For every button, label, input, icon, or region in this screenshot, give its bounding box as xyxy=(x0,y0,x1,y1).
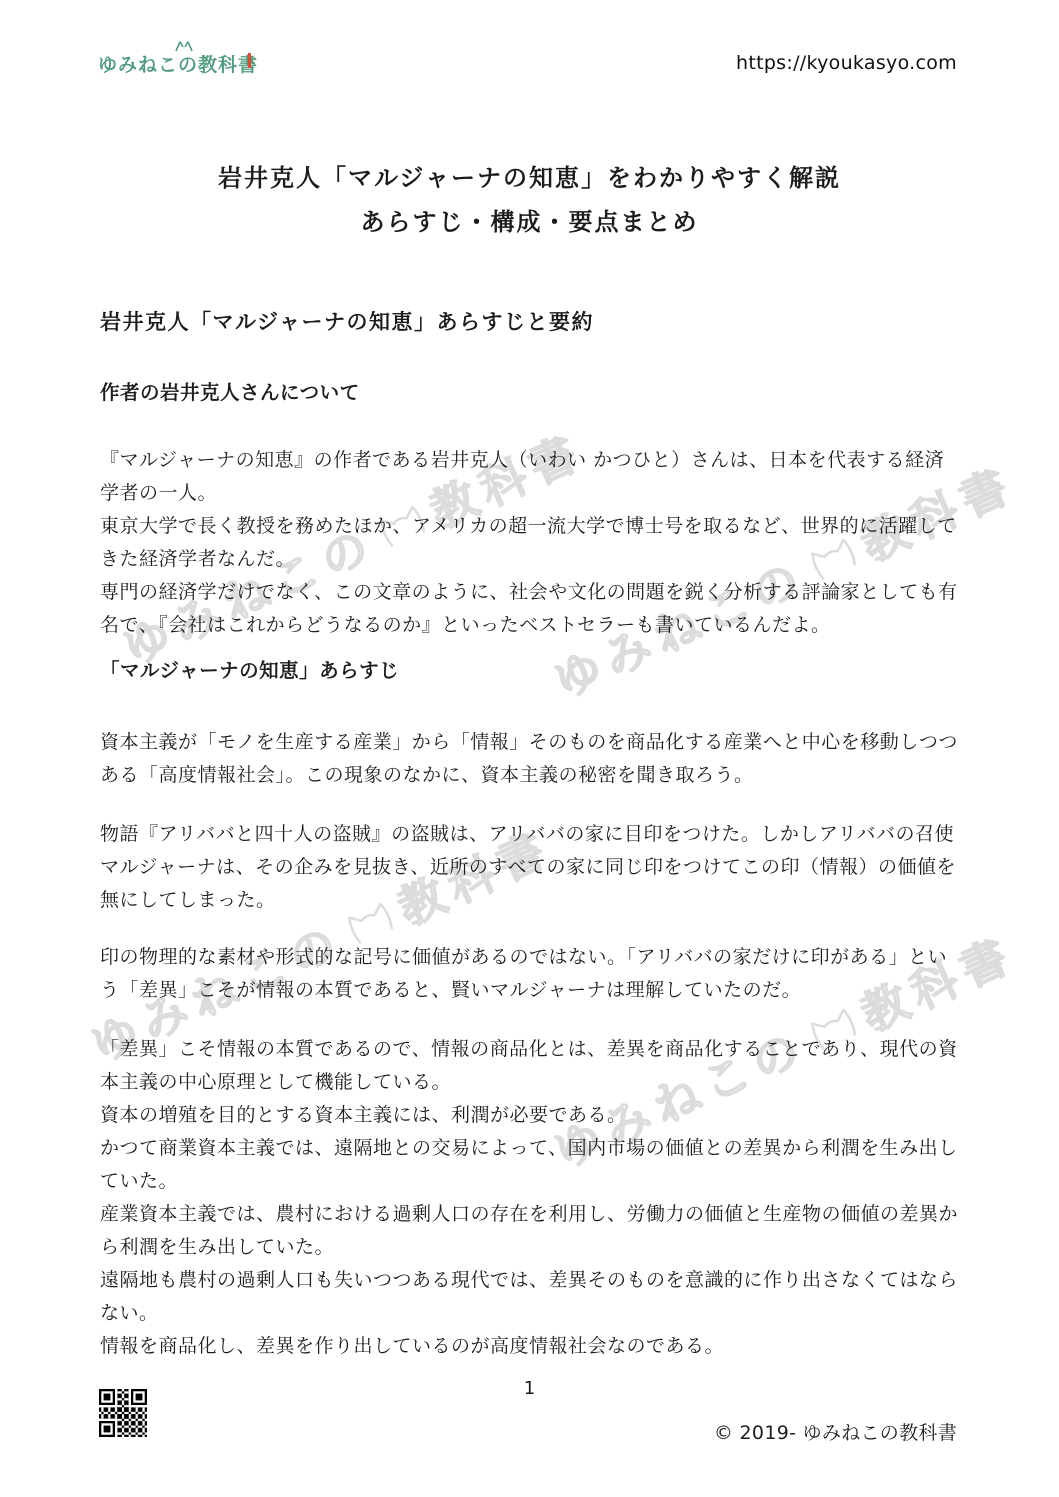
paragraph: かつて商業資本主義では、遠隔地との交易によって、国内市場の価値との差異から利潤を… xyxy=(100,1132,962,1198)
site-logo-text: ゆみねこの教科書 xyxy=(98,54,258,76)
cat-ears-icon xyxy=(174,40,194,52)
paragraph: 『マルジャーナの知恵』の作者である岩井克人（いわい かつひと）さんは、日本を代表… xyxy=(100,444,962,510)
paragraph: 情報を商品化し、差異を作り出しているのが高度情報社会なのである。 xyxy=(100,1330,962,1363)
document-title-line2: あらすじ・構成・要点まとめ xyxy=(0,200,1059,244)
paragraph: 印の物理的な素材や形式的な記号に価値があるのではない。「アリババの家だけに印があ… xyxy=(100,941,962,1007)
author-section: 『マルジャーナの知恵』の作者である岩井克人（いわい かつひと）さんは、日本を代表… xyxy=(100,444,962,642)
paragraph: 「差異」こそ情報の本質であるので、情報の商品化とは、差異を商品化することであり、… xyxy=(100,1033,962,1099)
document-title-line1: 岩井克人「マルジャーナの知恵」をわかりやすく解説 xyxy=(0,156,1059,200)
site-logo: ゆみねこの教科書 xyxy=(98,50,258,77)
synopsis-section: 資本主義が「モノを生産する産業」から「情報」そのものを商品化する産業へと中心を移… xyxy=(100,726,962,1363)
site-url-link[interactable]: https://kyoukasyo.com xyxy=(736,52,957,74)
paragraph: 資本主義が「モノを生産する産業」から「情報」そのものを商品化する産業へと中心を移… xyxy=(100,726,962,792)
paragraph: 東京大学で長く教授を務めたほか、アメリカの超一流大学で博士号を取るなど、世界的に… xyxy=(100,510,962,576)
logo-red-accent xyxy=(248,53,251,68)
paragraph: 産業資本主義では、農村における過剰人口の存在を利用し、労働力の価値と生産物の価値… xyxy=(100,1198,962,1264)
author-heading: 作者の岩井克人さんについて xyxy=(100,377,360,405)
paragraph: 専門の経済学だけでなく、この文章のように、社会や文化の問題を鋭く分析する評論家と… xyxy=(100,576,962,642)
page-number: 1 xyxy=(0,1378,1059,1399)
document-page: ゆみねこの教科書 https://kyoukasyo.com 岩井克人「マルジャ… xyxy=(0,0,1059,1497)
summary-heading: 岩井克人「マルジャーナの知恵」あらすじと要約 xyxy=(100,306,594,336)
synopsis-heading: 「マルジャーナの知恵」あらすじ xyxy=(100,655,399,683)
qr-code xyxy=(99,1388,147,1438)
paragraph: 物語『アリババと四十人の盗賊』の盗賊は、アリババの家に目印をつけた。しかしアリバ… xyxy=(100,818,962,917)
document-title: 岩井克人「マルジャーナの知恵」をわかりやすく解説 あらすじ・構成・要点まとめ xyxy=(0,156,1059,244)
paragraph: 遠隔地も農村の過剰人口も失いつつある現代では、差異そのものを意識的に作り出さなく… xyxy=(100,1264,962,1330)
copyright-notice: © 2019- ゆみねこの教科書 xyxy=(714,1418,957,1445)
paragraph: 資本の増殖を目的とする資本主義には、利潤が必要である。 xyxy=(100,1099,962,1132)
